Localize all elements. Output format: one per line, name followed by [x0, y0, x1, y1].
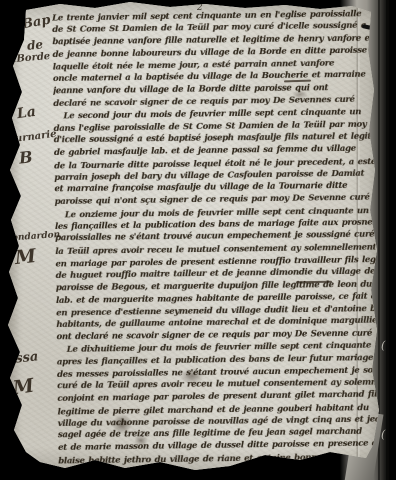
next-page-text-glimpse: ( [381, 341, 391, 351]
margin-annotation: de [26, 37, 43, 53]
manuscript-page: 2 BapdeLaBordeLaTournarieBMondardonMUssa… [0, 0, 396, 480]
next-page-text-glimpse: ( [381, 430, 391, 440]
margin-annotation: M [14, 245, 37, 269]
page-edge-line [386, 0, 388, 480]
margin-annotation: La [16, 104, 37, 122]
margin-annotation: M [12, 375, 36, 400]
manuscript-scan: ( ( 2 BapdeLaBordeLaTournarieBMondardonM… [0, 0, 396, 480]
margin-annotation: B [18, 147, 33, 167]
manuscript-text: Le trente janvier mil sept cent cinquant… [52, 8, 378, 467]
